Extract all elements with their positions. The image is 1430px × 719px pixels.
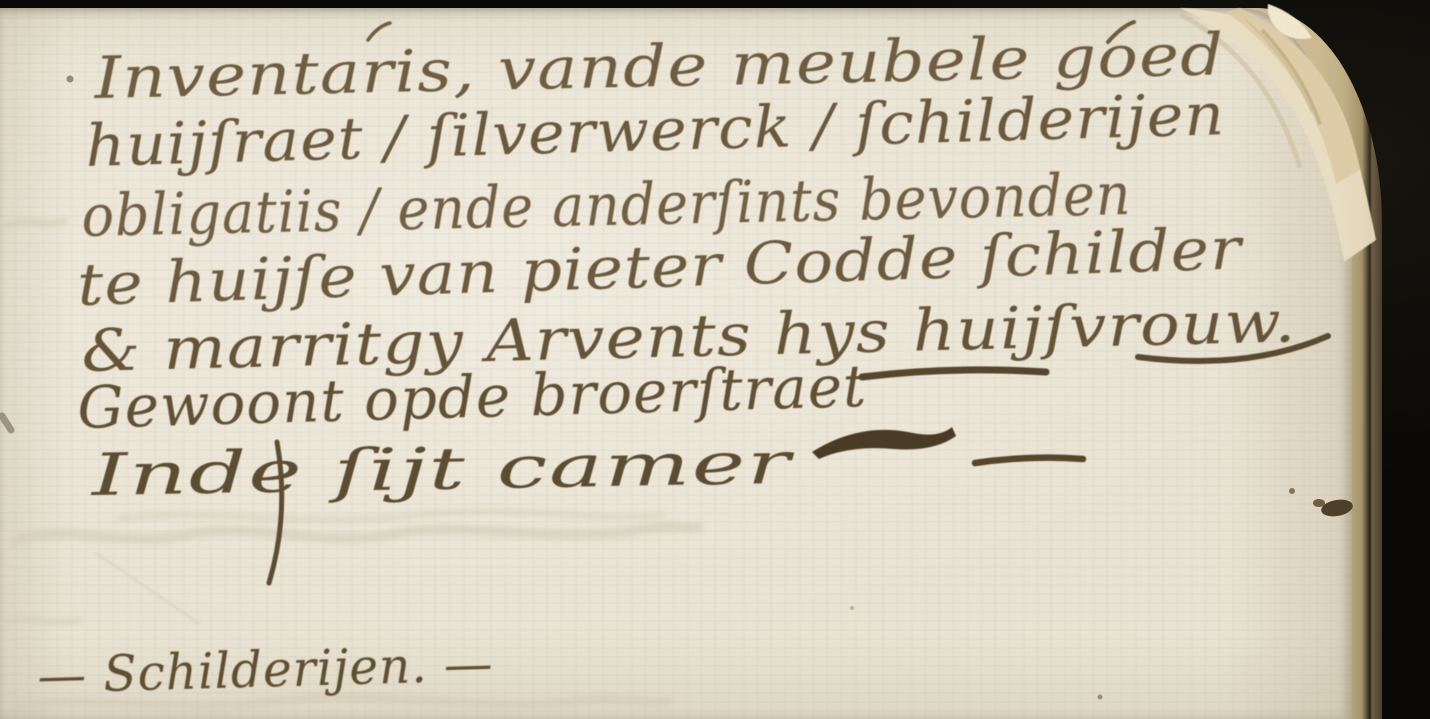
show-through-stroke <box>120 511 662 519</box>
line-filler-dash <box>975 458 1083 463</box>
show-through-stroke <box>8 619 80 622</box>
handwriting: Inventaris, vande meubele goed huijſraet… <box>37 20 1328 705</box>
edge-mark <box>2 416 11 430</box>
ink-layer: Inventaris, vande meubele goed huijſraet… <box>0 0 1430 719</box>
show-through-stroke <box>15 527 698 541</box>
section-heading: — Schilderijen. — <box>37 634 494 705</box>
line-filler-dash <box>862 370 1046 377</box>
manuscript-photo: Inventaris, vande meubele goed huijſraet… <box>0 0 1430 719</box>
manuscript-line-7: Inde ſijt camer <box>89 429 795 509</box>
pen-flourish <box>812 427 956 459</box>
crease-line <box>96 553 200 624</box>
show-through-stroke <box>8 221 64 226</box>
ink-blot <box>1289 488 1354 519</box>
